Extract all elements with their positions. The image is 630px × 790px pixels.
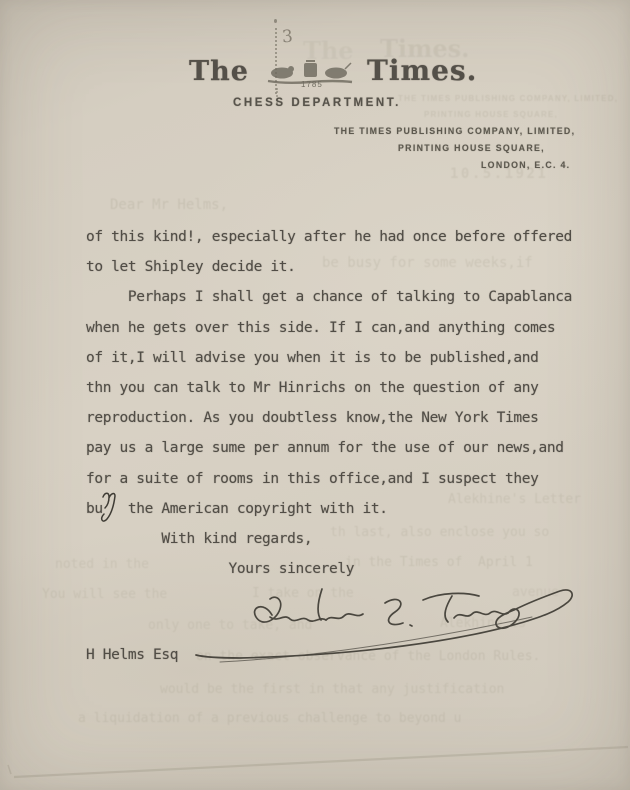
- scanned-letter-page: TheTimes.THE TIMES PUBLISHING COMPANY, L…: [0, 0, 630, 790]
- masthead-the: The: [189, 56, 249, 87]
- typed-line: reproduction. As you doubtless know,the …: [86, 403, 572, 433]
- typed-line: of it,I will advise you when it is to be…: [86, 343, 572, 373]
- typed-line: when he gets over this side. If I can,an…: [86, 313, 572, 343]
- ghost-text-line: would be the first in that any justifica…: [160, 682, 504, 697]
- recipient-name: H Helms Esq: [86, 647, 178, 663]
- pencil-dot-mark: [274, 19, 277, 23]
- ghost-text-line: You will see the: [42, 587, 167, 602]
- typed-line: pay us a large sume per annum for the us…: [86, 433, 572, 463]
- typed-line: bu the American copyright with it.: [86, 494, 572, 524]
- ghost-text-line: a liquidation of a previous challenge to…: [78, 711, 462, 726]
- company-address-line: THE TIMES PUBLISHING COMPANY, LIMITED,: [334, 126, 575, 136]
- typed-line: thn you can talk to Mr Hinrichs on the q…: [86, 373, 572, 403]
- typed-line: to let Shipley decide it.: [86, 252, 572, 282]
- ghost-text-line: Dear Mr Helms,: [110, 197, 228, 213]
- signature: [180, 565, 580, 665]
- company-address-line: PRINTING HOUSE SQUARE,: [398, 143, 545, 153]
- typed-line: With kind regards,: [86, 524, 572, 554]
- company-address-line: LONDON, E.C. 4.: [481, 160, 570, 170]
- typed-line: for a suite of rooms in this office,and …: [86, 464, 572, 494]
- typed-line: of this kind!, especially after he had o…: [86, 222, 572, 252]
- department-title: CHESS DEPARTMENT.: [233, 97, 401, 109]
- pencil-page-number: 3: [281, 27, 293, 48]
- typed-line: Perhaps I shall get a chance of talking …: [86, 282, 572, 312]
- ghost-text-line: THE TIMES PUBLISHING COMPANY, LIMITED,: [398, 94, 618, 103]
- masthead-times: Times.: [367, 54, 477, 87]
- letter-body: of this kind!, especially after he had o…: [86, 222, 572, 584]
- ghost-text-line: PRINTING HOUSE SQUARE,: [424, 110, 558, 119]
- handwritten-y-correction: [100, 489, 120, 525]
- crest-year: 1785: [301, 80, 323, 89]
- bottom-smear-line: [0, 735, 630, 790]
